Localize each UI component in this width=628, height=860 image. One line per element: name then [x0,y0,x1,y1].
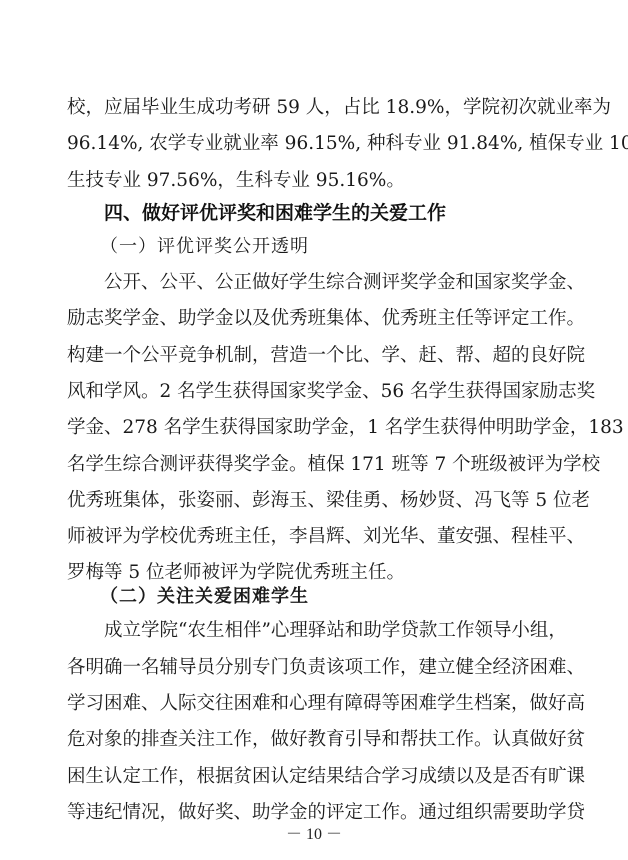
paragraph-line: 危对象的排查关注工作，做好教育引导和帮扶工作。认真做好贫 [67,725,566,755]
document-page: 校，应届毕业生成功考研 59 人，占比 18.9%，学院初次就业率为 96.14… [0,0,628,860]
paragraph-line: 成立学院“农生相伴”心理驿站和助学贷款工作领导小组， [104,616,566,646]
paragraph-line: 风和学风。2 名学生获得国家奖学金、56 名学生获得国家励志奖 [67,377,566,407]
paragraph-line: 各明确一名辅导员分别专门负责该项工作，建立健全经济困难、 [67,653,566,683]
paragraph-line: 学习困难、人际交往困难和心理有障碍等困难学生档案，做好高 [67,689,566,719]
paragraph-line: 公开、公平、公正做好学生综合测评奖学金和国家奖学金、 [104,268,566,298]
paragraph-line: 生技专业 97.56%，生科专业 95.16%。 [67,166,566,196]
page-number: － 10 － [0,822,628,848]
paragraph-line: 96.14%, 农学专业就业率 96.15%, 种科专业 91.84%, 植保专… [67,129,566,159]
subsection-title: （一）评优评奖公开透明 [100,232,309,262]
paragraph-line: 校，应届毕业生成功考研 59 人，占比 18.9%，学院初次就业率为 [67,93,566,123]
subsection-title: （二）关注关爱困难学生 [100,582,309,612]
paragraph-line: 名学生综合测评获得奖学金。植保 171 班等 7 个班级被评为学校 [67,450,566,480]
paragraph-line: 构建一个公平竞争机制，营造一个比、学、赶、帮、超的良好院 [67,341,566,371]
paragraph-line: 学金、278 名学生获得国家助学金，1 名学生获得仲明助学金，183 [67,413,566,443]
section-heading: 四、做好评优评奖和困难学生的关爱工作 [104,198,446,228]
paragraph-line: 困生认定工作，根据贫困认定结果结合学习成绩以及是否有旷课 [67,762,566,792]
paragraph-line: 励志奖学金、助学金以及优秀班集体、优秀班主任等评定工作。 [67,304,566,334]
paragraph-line: 师被评为学校优秀班主任，李昌辉、刘光华、董安强、程桂平、 [67,522,566,552]
paragraph-line: 优秀班集体，张姿丽、彭海玉、梁佳勇、杨妙贤、冯飞等 5 位老 [67,486,566,516]
